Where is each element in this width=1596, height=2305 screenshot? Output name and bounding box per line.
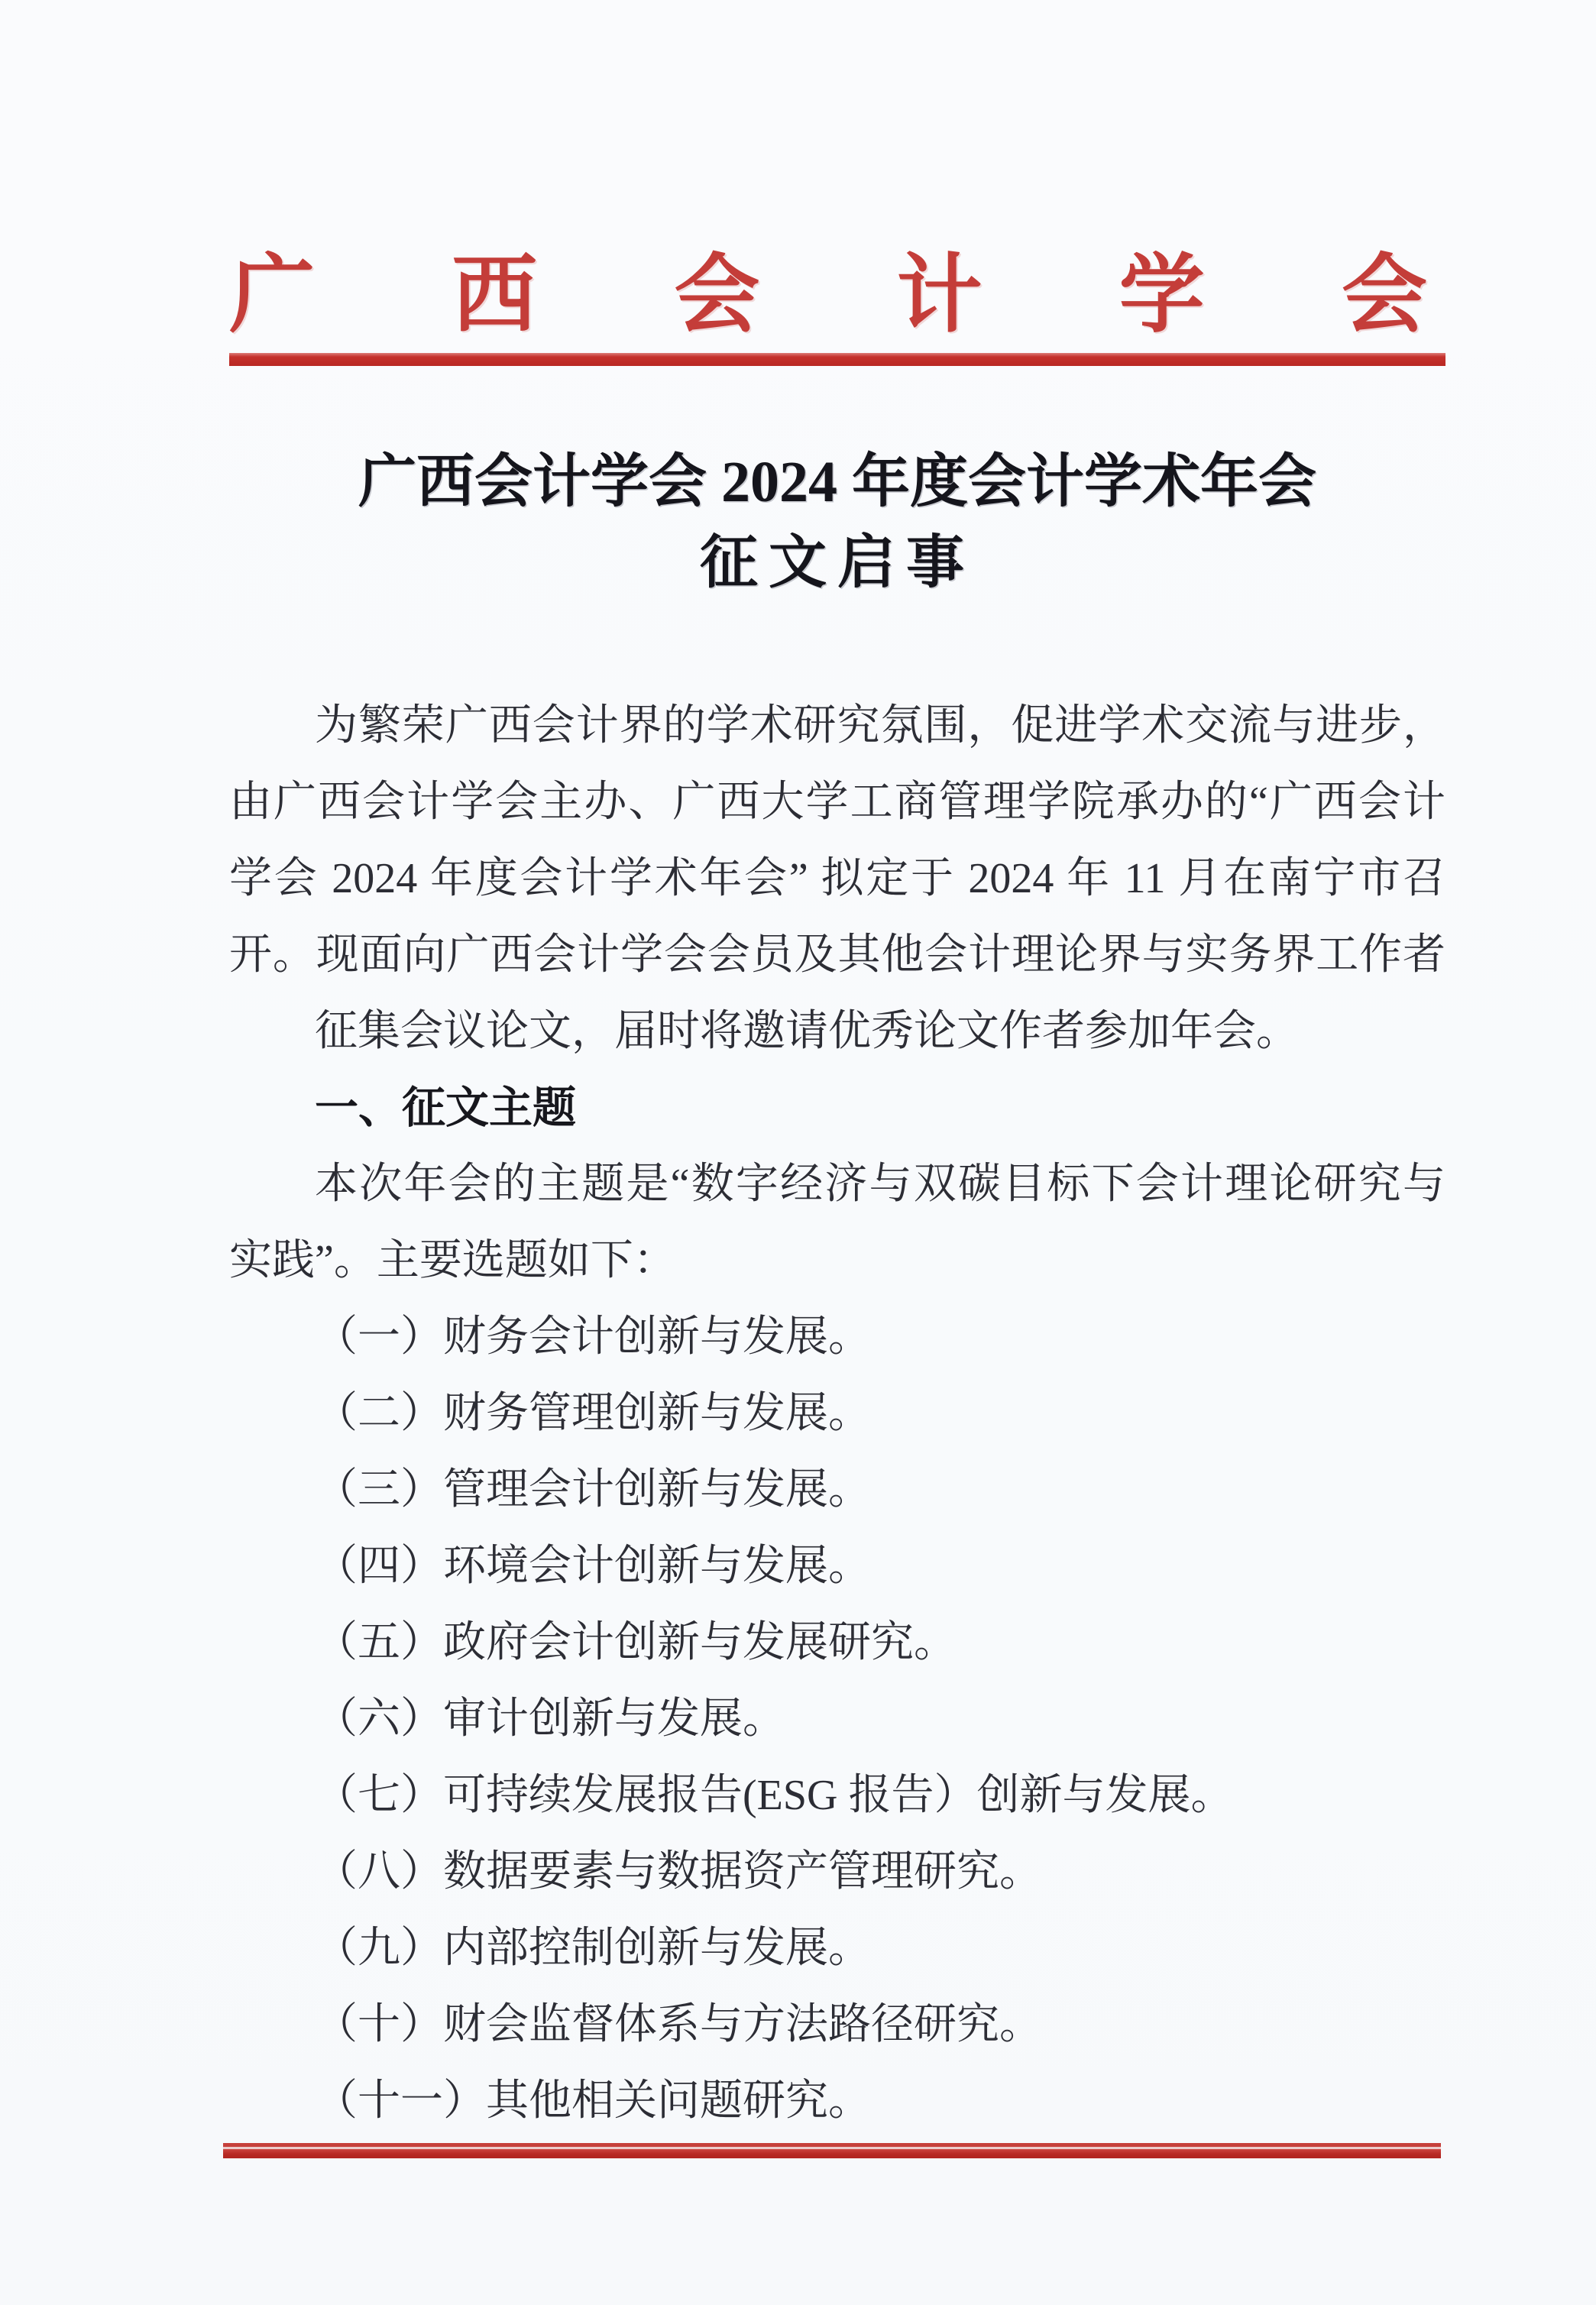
letterhead-char: 会 (1342, 252, 1427, 340)
intro-line: 学会 2024 年度会计学术年会” 拟定于 2024 年 11 月在南宁市召 (229, 840, 1445, 917)
intro-line: 为繁荣广西会计界的学术研究氛围，促进学术交流与进步， (229, 688, 1445, 764)
theme-line: 实践”。主要选题如下： (229, 1222, 1445, 1299)
topic-item: （十一）其他相关问题研究。 (229, 2063, 1445, 2139)
topic-item: （一）财务会计创新与发展。 (229, 1299, 1445, 1375)
topic-item: （九）内部控制创新与发展。 (229, 1910, 1445, 1986)
topic-item: （八）数据要素与数据资产管理研究。 (229, 1834, 1445, 1910)
topic-item: （十）财会监督体系与方法路径研究。 (229, 1986, 1445, 2063)
scanned-document-page: 广 西 会 计 学 会 广西会计学会 2024 年度会计学术年会 征文启事 为繁… (0, 0, 1596, 2305)
letterhead-char: 广 (229, 252, 315, 340)
section-heading: 一、征文主题 (229, 1070, 1445, 1146)
footer-rule (223, 2143, 1441, 2158)
footer-rule-thick (223, 2149, 1441, 2158)
letterhead-char: 计 (897, 252, 983, 340)
letterhead-char: 西 (452, 252, 537, 340)
topic-item: （四）环境会计创新与发展。 (229, 1528, 1445, 1604)
document-title-line2: 征文启事 (229, 523, 1445, 604)
intro-line: 由广西会计学会主办、广西大学工商管理学院承办的“广西会计 (229, 764, 1445, 840)
theme-line: 本次年会的主题是“数字经济与双碳目标下会计理论研究与 (229, 1146, 1445, 1222)
intro-line: 征集会议论文，届时将邀请优秀论文作者参加年会。 (229, 993, 1445, 1070)
letterhead-title: 广 西 会 计 学 会 (229, 252, 1427, 342)
intro-line: 开。现面向广西会计学会会员及其他会计理论界与实务界工作者 (229, 917, 1445, 993)
topic-item: （六）审计创新与发展。 (229, 1681, 1445, 1757)
topic-item: （三）管理会计创新与发展。 (229, 1452, 1445, 1528)
topic-item: （五）政府会计创新与发展研究。 (229, 1604, 1445, 1681)
letterhead-rule (229, 353, 1445, 366)
letterhead-char: 会 (674, 252, 759, 340)
document-body: 为繁荣广西会计界的学术研究氛围，促进学术交流与进步， 由广西会计学会主办、广西大… (229, 688, 1445, 2139)
letterhead-char: 学 (1119, 252, 1205, 340)
topic-item: （七）可持续发展报告(ESG 报告）创新与发展。 (229, 1757, 1445, 1834)
topic-item: （二）财务管理创新与发展。 (229, 1375, 1445, 1452)
document-title-line1: 广西会计学会 2024 年度会计学术年会 (229, 442, 1445, 523)
document-title: 广西会计学会 2024 年度会计学术年会 征文启事 (229, 442, 1445, 604)
